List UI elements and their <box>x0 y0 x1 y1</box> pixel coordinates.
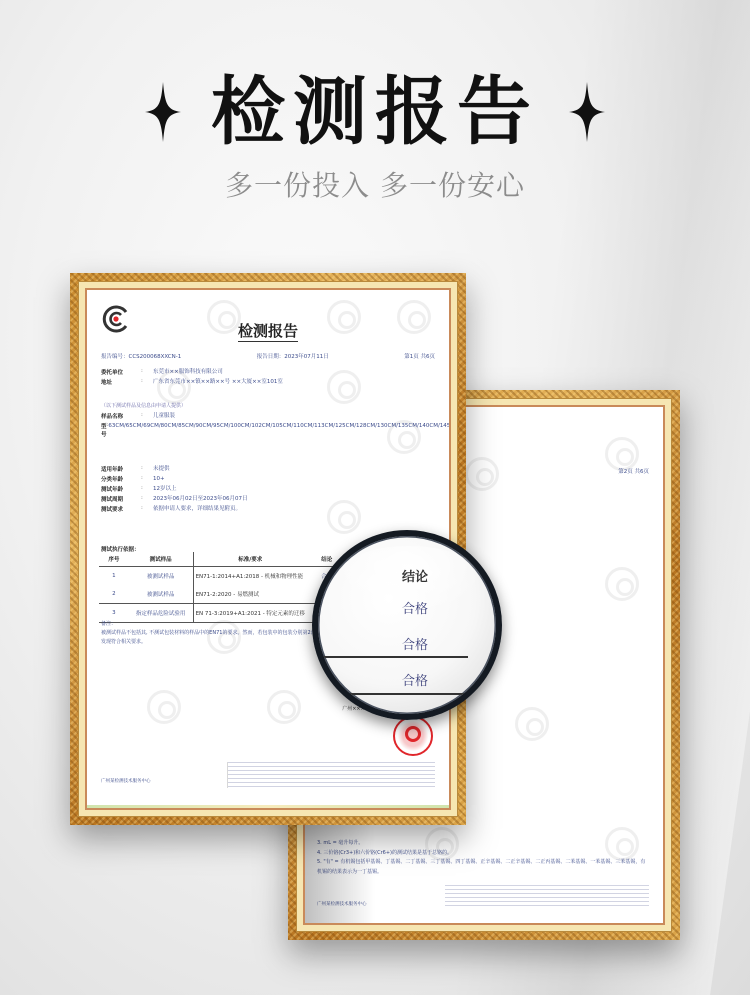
report-date: 报告日期：2023年07月11日 <box>257 352 329 360</box>
report-page-number: 第2页 共6页 <box>618 467 649 475</box>
magnifying-glass: 结论 合格 合格 合格 <box>312 530 502 720</box>
sample-intro: （以下测试样品及信息由申请人提供） <box>101 402 186 409</box>
sample-field: 测试年龄:12岁以上 <box>101 485 435 494</box>
official-stamp <box>393 716 433 756</box>
footer-strip <box>87 805 449 808</box>
headline: 检测报告 <box>0 72 750 152</box>
footer-org: 广州某检测技术服务中心 <box>101 778 201 786</box>
watermark-icon <box>267 690 301 724</box>
magnified-heading: 结论 <box>402 566 428 585</box>
watermark-icon <box>147 690 181 724</box>
sparkle-icon <box>145 82 181 142</box>
report-number: 报告编号：CCS200068XXCN-1 <box>101 352 181 360</box>
table-row: 2被测试样品EN71-2:2020 - 易燃测试合格 <box>99 585 347 604</box>
sample-field: 适用年龄:未提供 <box>101 465 435 474</box>
footer-disclaimer <box>227 762 435 788</box>
watermark-icon <box>515 707 549 741</box>
watermark-icon <box>605 437 639 471</box>
sample-field: 分类年龄:10+ <box>101 475 435 484</box>
report-meta: 报告编号：CCS200068XXCN-1 报告日期：2023年07月11日 第1… <box>101 352 435 360</box>
report-title: 检测报告 <box>87 320 449 341</box>
field-address: 地址: 广东省东莞市××镇××路××号 ××大厦××室101室 <box>101 378 435 387</box>
magnified-result: 合格 <box>402 670 428 689</box>
report-page-number: 第1页 共6页 <box>404 352 435 360</box>
magnified-result: 合格 <box>402 634 428 653</box>
magnified-result: 合格 <box>402 598 428 617</box>
table-rule <box>318 656 468 658</box>
sample-field: 样品名称:儿童服装 <box>101 412 435 421</box>
page-subtitle: 多一份投入 多一份安心 <box>0 164 750 204</box>
page-title: 检测报告 <box>211 75 539 149</box>
field-client: 委托单位: 东莞市××服饰科技有限公司 <box>101 368 435 377</box>
table-row: 1被测试样品EN71-1:2014+A1:2018 - 机械和物理性能合格 <box>99 567 347 586</box>
sparkle-icon <box>569 82 605 142</box>
footer-disclaimer <box>445 885 649 909</box>
watermark-icon <box>605 567 639 601</box>
table-rule <box>318 693 468 695</box>
sample-field: 测试周期:2023年06月02日至2023年06月07日 <box>101 495 435 504</box>
test-basis-table: 序号 测试样品 标准/要求 结论 1被测试样品EN71-1:2014+A1:20… <box>99 552 347 623</box>
sample-field: 型号:63CM/65CM/69CM/80CM/85CM/90CM/95CM/10… <box>101 422 435 438</box>
sample-field: 测试要求:依据申请人要求，详细结果见附页。 <box>101 505 435 514</box>
